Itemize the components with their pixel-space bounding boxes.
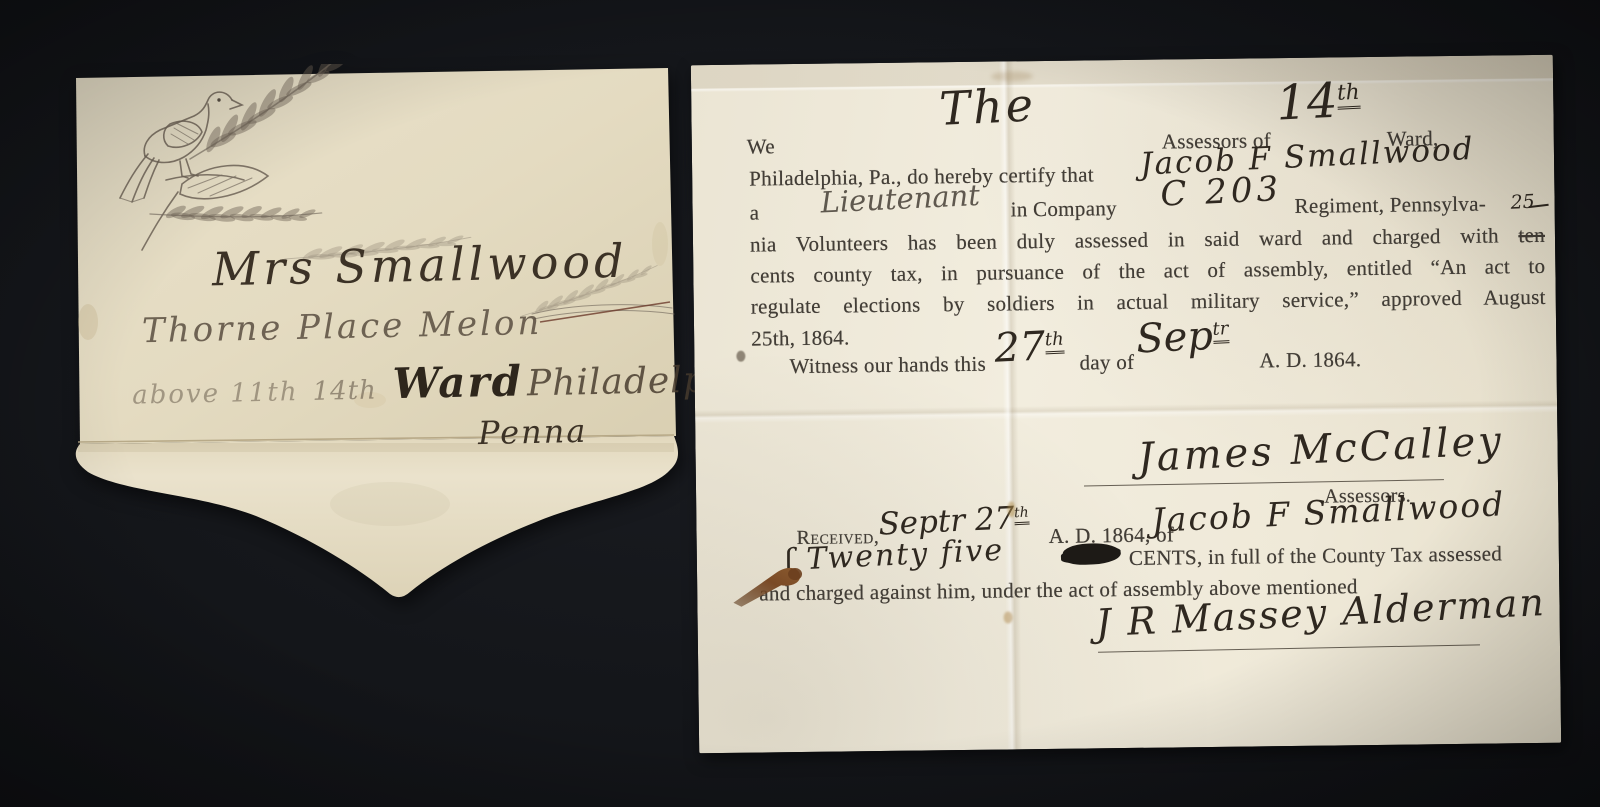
doc-line5: cents county tax, in pursuance of the ac… <box>750 254 1545 289</box>
doc-line4: nia Volunteers has been duly assessed in… <box>750 223 1545 258</box>
amount-print: CENTS, in full of the County Tax assesse… <box>1129 541 1503 571</box>
witness-print2: day of <box>1079 350 1134 376</box>
address-ward-word: Ward <box>392 356 523 408</box>
doc-line4-print: nia Volunteers has been duly assessed in… <box>750 223 1499 256</box>
doc-line3-regiment: Regiment, Pennsylva- <box>1294 192 1486 219</box>
assessor-signature: James McCalley <box>1137 421 1505 478</box>
envelope: Mrs Smallwood Thorne Place Melon above 1… <box>70 64 685 609</box>
hw-amount-twenty-five: ʃ Twenty five <box>784 536 1004 576</box>
envelope-address-line-1: Mrs Smallwood <box>212 238 628 293</box>
photo-stage: Mrs Smallwood Thorne Place Melon above 1… <box>0 0 1600 807</box>
witness-print1: Witness our hands this <box>789 352 986 379</box>
hw-25-correction: 25 <box>1510 193 1535 213</box>
hw-the: The <box>938 81 1037 131</box>
ink-blot-over-printed-word <box>1062 542 1121 566</box>
envelope-address-line-4: Penna <box>478 415 588 449</box>
flap-shading <box>330 482 450 526</box>
address-ward-number: 14th <box>312 376 377 407</box>
hw-company-regiment: C 203 <box>1160 172 1283 212</box>
age-stain <box>78 304 98 340</box>
signature-rule <box>1098 644 1480 652</box>
struck-ten: ten <box>1518 223 1545 247</box>
doc-line3-in-company: in Company <box>1010 196 1117 222</box>
address-street-faint: above 11th <box>132 377 299 410</box>
crease-stain <box>1007 501 1015 517</box>
hw-rank: Lieutenant <box>820 181 981 217</box>
doc-line7: 25th, 1864. <box>751 325 850 351</box>
crease-stain <box>1004 611 1013 623</box>
doc-line6: regulate elections by soldiers in actual… <box>751 285 1546 320</box>
doc-line1-we: We <box>747 134 775 159</box>
hw-name-2: Jacob F Smallwood <box>1151 487 1506 537</box>
envelope-address-line-2: Thorne Place Melon <box>142 306 543 348</box>
tax-certificate-document: We The Assessors of 14th Ward, Philadelp… <box>691 55 1561 753</box>
brown-ink-streak <box>731 558 810 609</box>
hw-day-27: 27th <box>993 326 1065 369</box>
hw-ward-number: 14th <box>1275 76 1361 128</box>
doc-line3-a: a <box>749 200 759 225</box>
small-stain <box>736 351 745 362</box>
age-stain <box>652 222 668 266</box>
hw-month-sept: Septr <box>1135 315 1229 359</box>
witness-print3: A. D. 1864. <box>1259 347 1361 373</box>
